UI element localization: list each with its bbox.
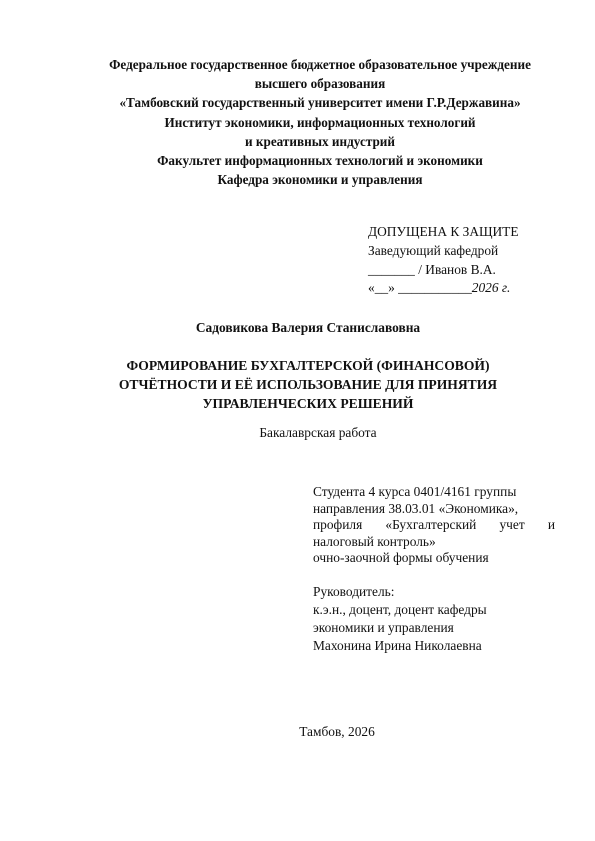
thesis-title: ФОРМИРОВАНИЕ БУХГАЛТЕРСКОЙ (ФИНАНСОВОЙ) …	[58, 356, 558, 413]
supervisor-name: Махонина Ирина Николаевна	[313, 637, 487, 655]
student-info: Студента 4 курса 0401/4161 группы направ…	[313, 484, 555, 567]
student-profile-word: профиля	[313, 517, 362, 534]
approval-date: «__» ___________2026 г.	[368, 279, 519, 298]
title-line-1: ФОРМИРОВАНИЕ БУХГАЛТЕРСКОЙ (ФИНАНСОВОЙ)	[58, 356, 558, 375]
approval-date-year: 2026 г.	[472, 280, 511, 295]
approval-block: ДОПУЩЕНА К ЗАЩИТЕ Заведующий кафедрой __…	[368, 223, 519, 298]
approval-signature: _______ / Иванов В.А.	[368, 261, 519, 280]
title-page: Федеральное государственное бюджетное об…	[0, 0, 595, 841]
title-line-2: ОТЧЁТНОСТИ И ЕЁ ИСПОЛЬЗОВАНИЕ ДЛЯ ПРИНЯТ…	[58, 375, 558, 394]
header-line-institute-cont: и креативных индустрий	[70, 132, 570, 151]
header-line-ministry: Федеральное государственное бюджетное об…	[70, 55, 570, 74]
author-name: Садовикова Валерия Станиславовна	[58, 319, 558, 337]
supervisor-degree: к.э.н., доцент, доцент кафедры	[313, 601, 487, 619]
student-course-group: Студента 4 курса 0401/4161 группы	[313, 484, 555, 501]
student-profile-cont: налоговый контроль»	[313, 534, 555, 551]
header-line-department: Кафедра экономики и управления	[70, 170, 570, 189]
supervisor-department: экономики и управления	[313, 619, 487, 637]
student-direction: направления 38.03.01 «Экономика»,	[313, 501, 555, 518]
header-line-faculty: Факультет информационных технологий и эк…	[70, 151, 570, 170]
approval-position: Заведующий кафедрой	[368, 242, 519, 261]
header-line-institute: Институт экономики, информационных техно…	[70, 113, 570, 132]
student-profile-word: и	[548, 517, 555, 534]
institution-header: Федеральное государственное бюджетное об…	[70, 55, 570, 189]
title-line-3: УПРАВЛЕНЧЕСКИХ РЕШЕНИЙ	[58, 394, 558, 413]
supervisor-info: Руководитель: к.э.н., доцент, доцент каф…	[313, 583, 487, 655]
header-line-education-level: высшего образования	[70, 74, 570, 93]
student-profile-word: учет	[499, 517, 524, 534]
work-type: Бакалаврская работа	[68, 424, 568, 442]
student-profile-word: «Бухгалтерский	[385, 517, 476, 534]
supervisor-label: Руководитель:	[313, 583, 487, 601]
student-profile: профиля «Бухгалтерский учет и	[313, 517, 555, 534]
city-year: Тамбов, 2026	[87, 723, 587, 741]
approval-status: ДОПУЩЕНА К ЗАЩИТЕ	[368, 223, 519, 242]
student-study-form: очно-заочной формы обучения	[313, 550, 555, 567]
header-line-university: «Тамбовский государственный университет …	[70, 93, 570, 112]
approval-date-blank: «__» ___________	[368, 280, 472, 295]
